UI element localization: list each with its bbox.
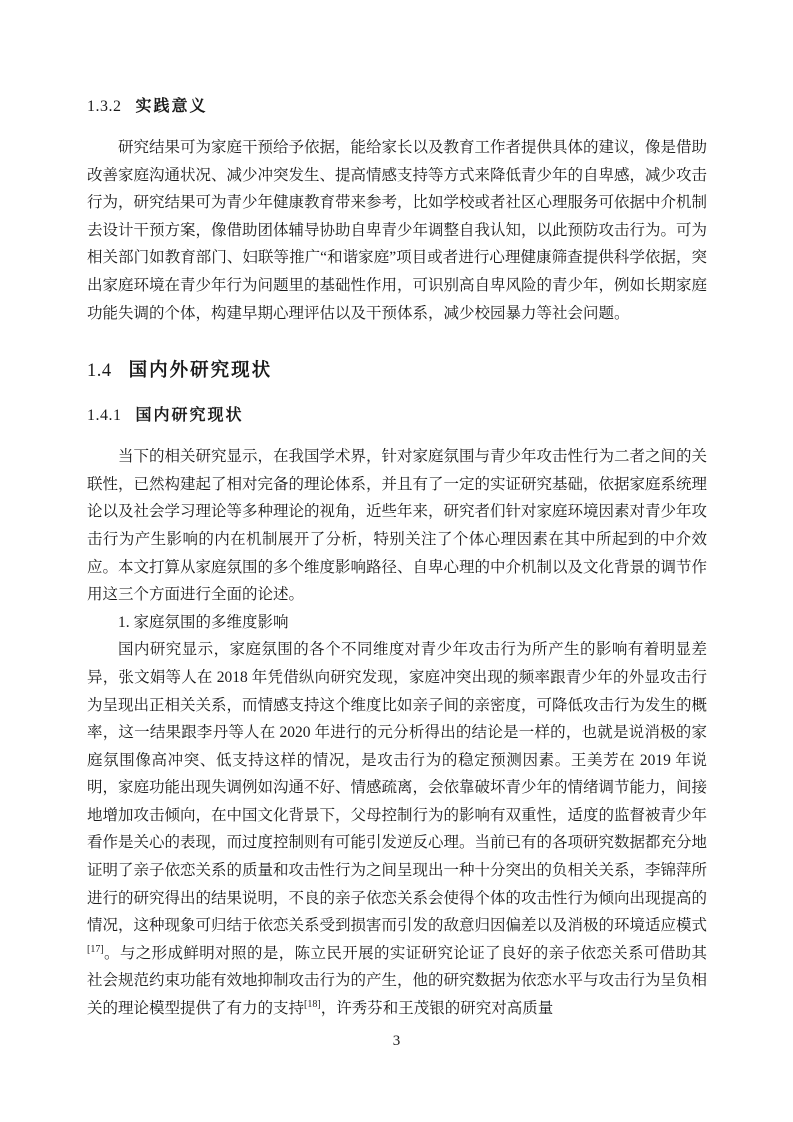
page-number: 3 [0,1033,793,1050]
heading-number: 1.3.2 [87,98,122,115]
section-heading-research-status: 1.4国内外研究现状 [87,357,707,384]
document-page: 1.3.2实践意义 研究结果可为家庭干预给予依据，能给家长以及教育工作者提供具体… [0,0,793,1122]
paragraph-domestic-overview: 当下的相关研究显示，在我国学术界，针对家庭氛围与青少年攻击性行为二者之间的关联性… [87,443,707,609]
citation-ref-18: [18] [304,999,321,1010]
list-item-family-dimensions: 1. 家庭氛围的多维度影响 [87,609,707,637]
citation-ref-17: [17] [87,944,104,955]
heading-title: 国内外研究现状 [129,359,273,380]
heading-number: 1.4 [87,361,112,381]
heading-number: 1.4.1 [87,407,122,424]
paragraph-domestic-detail: 国内研究显示，家庭氛围的各个不同维度对青少年攻击行为所产生的影响有着明显差异，张… [87,636,707,1022]
paragraph-text-segment: 国内研究显示，家庭氛围的各个不同维度对青少年攻击行为所产生的影响有着明显差异，张… [87,641,707,934]
paragraph-text-segment: ，许秀芬和王茂银的研究对高质量 [321,1000,554,1017]
section-heading-domestic-status: 1.4.1国内研究现状 [87,405,707,427]
heading-title: 实践意义 [136,98,208,115]
section-heading-practical-significance: 1.3.2实践意义 [87,96,707,118]
paragraph-practical-significance: 研究结果可为家庭干预给予依据，能给家长以及教育工作者提供具体的建议，像是借助改善… [87,134,707,327]
heading-title: 国内研究现状 [136,407,244,424]
